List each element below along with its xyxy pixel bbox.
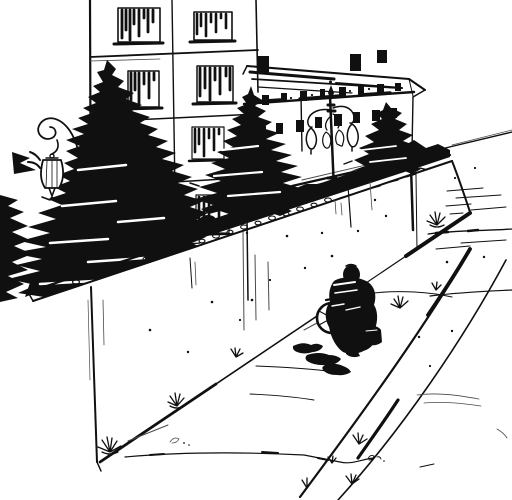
lap-bag bbox=[362, 326, 382, 346]
ink-illustration bbox=[0, 0, 512, 500]
illustration-canvas bbox=[0, 0, 512, 500]
chimney bbox=[257, 56, 269, 72]
head bbox=[343, 265, 360, 284]
chimney bbox=[377, 50, 387, 63]
chimney bbox=[350, 54, 361, 71]
